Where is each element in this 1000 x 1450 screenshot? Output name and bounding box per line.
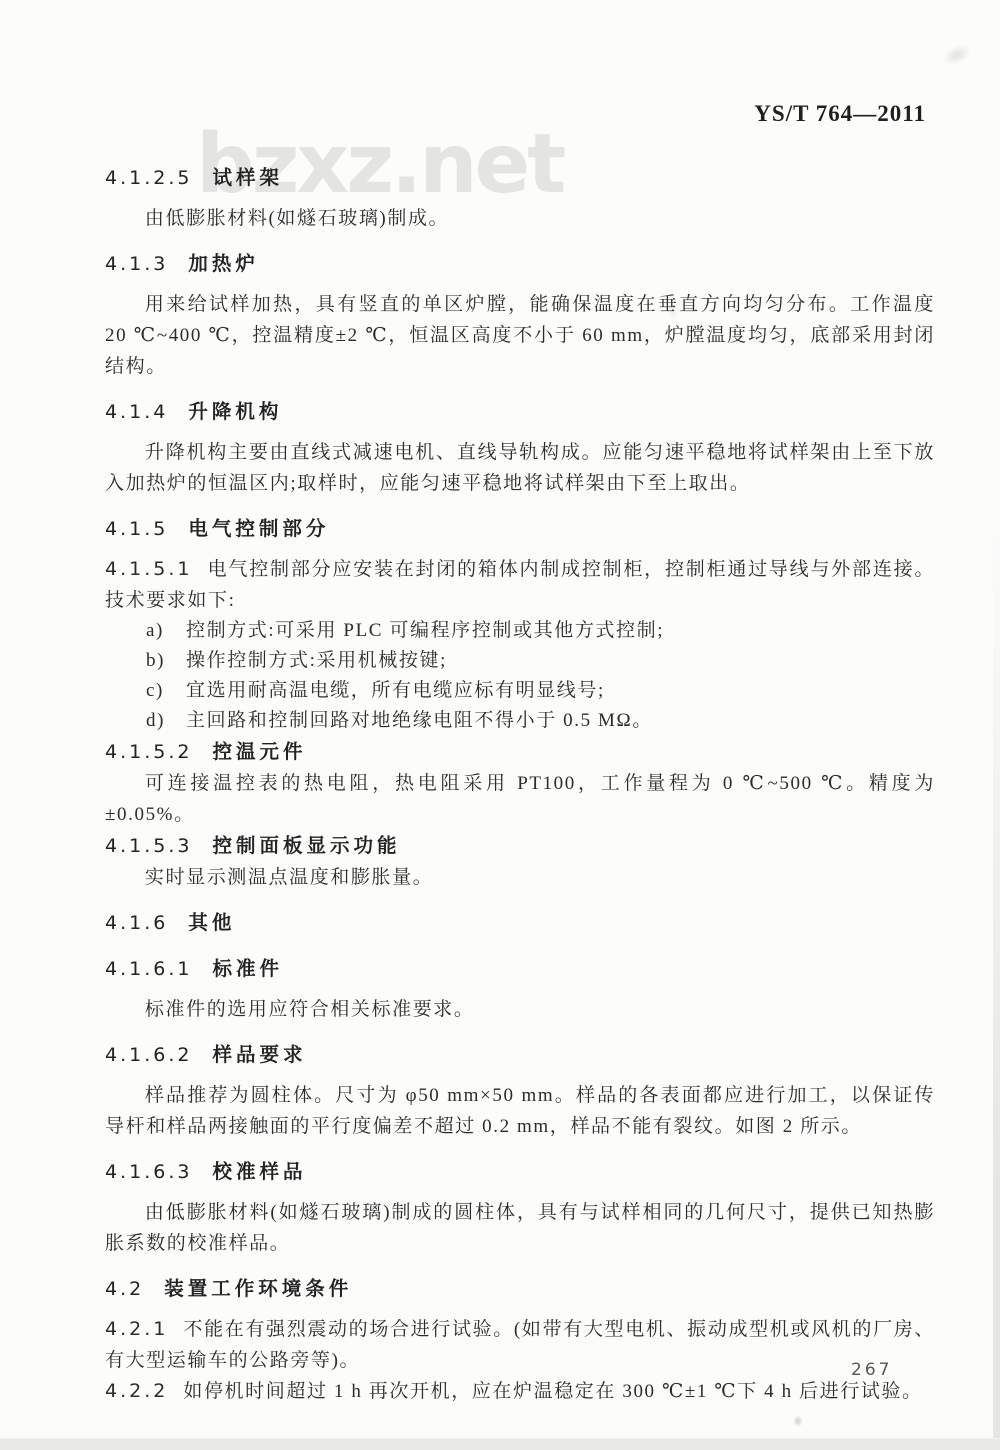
paragraph: 升降机构主要由直线式减速电机、直线导轨构成。应能匀速平稳地将试样架由上至下放入加… <box>105 437 935 499</box>
list-item-text: 宜选用耐高温电缆，所有电缆应标有明显线号; <box>186 676 605 706</box>
clause-title: 加热炉 <box>188 252 259 275</box>
paragraph: 由低膨胀材料(如燧石玻璃)制成。 <box>105 203 935 234</box>
clause-number: 4.2.1 <box>105 1318 168 1340</box>
numbered-paragraph-4-2-1: 4.2.1不能在有强烈震动的场合进行试验。(如带有大型电机、振动成型机或风机的厂… <box>105 1314 935 1376</box>
clause-heading-4-1-2-5: 4.1.2.5试样架 <box>105 162 935 194</box>
clause-title: 样品要求 <box>212 1043 306 1066</box>
paragraph: 实时显示测温点温度和膨胀量。 <box>105 862 935 893</box>
list-marker: d) <box>146 706 186 736</box>
list-item-a: a)控制方式:可采用 PLC 可编程序控制或其他方式控制; <box>105 616 935 646</box>
list-marker: c) <box>146 676 186 706</box>
clause-number: 4.1.5.2 <box>105 741 192 763</box>
clause-heading-4-1-5-3: 4.1.5.3控制面板显示功能 <box>105 830 935 862</box>
standard-number-header: YS/T 764—2011 <box>754 101 926 127</box>
paragraph: 用来给试样加热，具有竖直的单区炉膛，能确保温度在垂直方向均匀分布。工作温度 20… <box>105 289 935 382</box>
clause-heading-4-1-6-2: 4.1.6.2样品要求 <box>105 1039 935 1071</box>
list-item-text: 操作控制方式:采用机械按键; <box>186 646 447 676</box>
clause-number: 4.2 <box>105 1278 144 1300</box>
numbered-paragraph-4-2-2: 4.2.2如停机时间超过 1 h 再次开机，应在炉温稳定在 300 ℃±1 ℃下… <box>105 1376 935 1407</box>
clause-title: 校准样品 <box>212 1160 306 1183</box>
paragraph: 样品推荐为圆柱体。尺寸为 φ50 mm×50 mm。样品的各表面都应进行加工，以… <box>105 1080 935 1142</box>
clause-heading-4-1-6-3: 4.1.6.3校准样品 <box>105 1156 935 1188</box>
clause-heading-4-1-4: 4.1.4升降机构 <box>105 396 935 428</box>
scan-artifact <box>793 1415 803 1427</box>
paragraph: 可连接温控表的热电阻，热电阻采用 PT100，工作量程为 0 ℃~500 ℃。精… <box>105 768 935 830</box>
clause-number: 4.1.5.1 <box>105 558 192 580</box>
clause-number: 4.1.6.1 <box>105 958 192 980</box>
list-marker: b) <box>146 646 186 676</box>
list-marker: a) <box>146 616 186 646</box>
paragraph: 标准件的选用应符合相关标准要求。 <box>105 994 935 1025</box>
clause-number: 4.1.5.3 <box>105 835 192 857</box>
clause-number: 4.1.2.5 <box>105 167 192 189</box>
clause-number: 4.1.6.3 <box>105 1161 192 1183</box>
numbered-paragraph-4-1-5-1: 4.1.5.1电气控制部分应安装在封闭的箱体内制成控制柜，控制柜通过导线与外部连… <box>105 554 935 616</box>
list-item-text: 主回路和控制回路对地绝缘电阻不得小于 0.5 MΩ。 <box>186 706 653 736</box>
clause-number: 4.1.3 <box>105 253 168 275</box>
clause-heading-4-1-5-2: 4.1.5.2控温元件 <box>105 736 935 768</box>
document-page: bzxz.net YS/T 764—2011 4.1.2.5试样架由低膨胀材料(… <box>0 0 1000 1450</box>
clause-number: 4.1.6.2 <box>105 1044 192 1066</box>
clause-title: 试样架 <box>212 166 283 189</box>
clause-title: 升降机构 <box>188 400 282 423</box>
clause-number: 4.1.4 <box>105 401 168 423</box>
clause-title: 控制面板显示功能 <box>212 834 400 857</box>
clause-number: 4.2.2 <box>105 1380 168 1402</box>
list-item-b: b)操作控制方式:采用机械按键; <box>105 646 935 676</box>
clause-title: 其他 <box>188 911 235 934</box>
clause-heading-4-1-3: 4.1.3加热炉 <box>105 248 935 280</box>
page-number: 267 <box>851 1360 892 1380</box>
clause-number: 4.1.5 <box>105 518 168 540</box>
clause-title: 标准件 <box>212 957 283 980</box>
list-item-c: c)宜选用耐高温电缆，所有电缆应标有明显线号; <box>105 676 935 706</box>
clause-title: 控温元件 <box>212 740 306 763</box>
clause-heading-4-2: 4.2装置工作环境条件 <box>105 1273 935 1305</box>
scan-edge-right <box>993 0 1000 1450</box>
clause-title: 电气控制部分 <box>188 517 329 540</box>
clause-heading-4-1-6: 4.1.6其他 <box>105 907 935 939</box>
list-item-text: 控制方式:可采用 PLC 可编程序控制或其他方式控制; <box>186 616 664 646</box>
document-body: 4.1.2.5试样架由低膨胀材料(如燧石玻璃)制成。4.1.3加热炉用来给试样加… <box>105 148 935 1407</box>
clause-heading-4-1-5: 4.1.5电气控制部分 <box>105 513 935 545</box>
clause-title: 装置工作环境条件 <box>164 1277 352 1300</box>
scan-edge-bottom <box>0 1438 1000 1450</box>
list-item-d: d)主回路和控制回路对地绝缘电阻不得小于 0.5 MΩ。 <box>105 706 935 736</box>
clause-number: 4.1.6 <box>105 912 168 934</box>
clause-heading-4-1-6-1: 4.1.6.1标准件 <box>105 953 935 985</box>
paragraph: 由低膨胀材料(如燧石玻璃)制成的圆柱体，具有与试样相同的几何尺寸，提供已知热膨胀… <box>105 1197 935 1259</box>
scan-artifact <box>940 41 975 70</box>
